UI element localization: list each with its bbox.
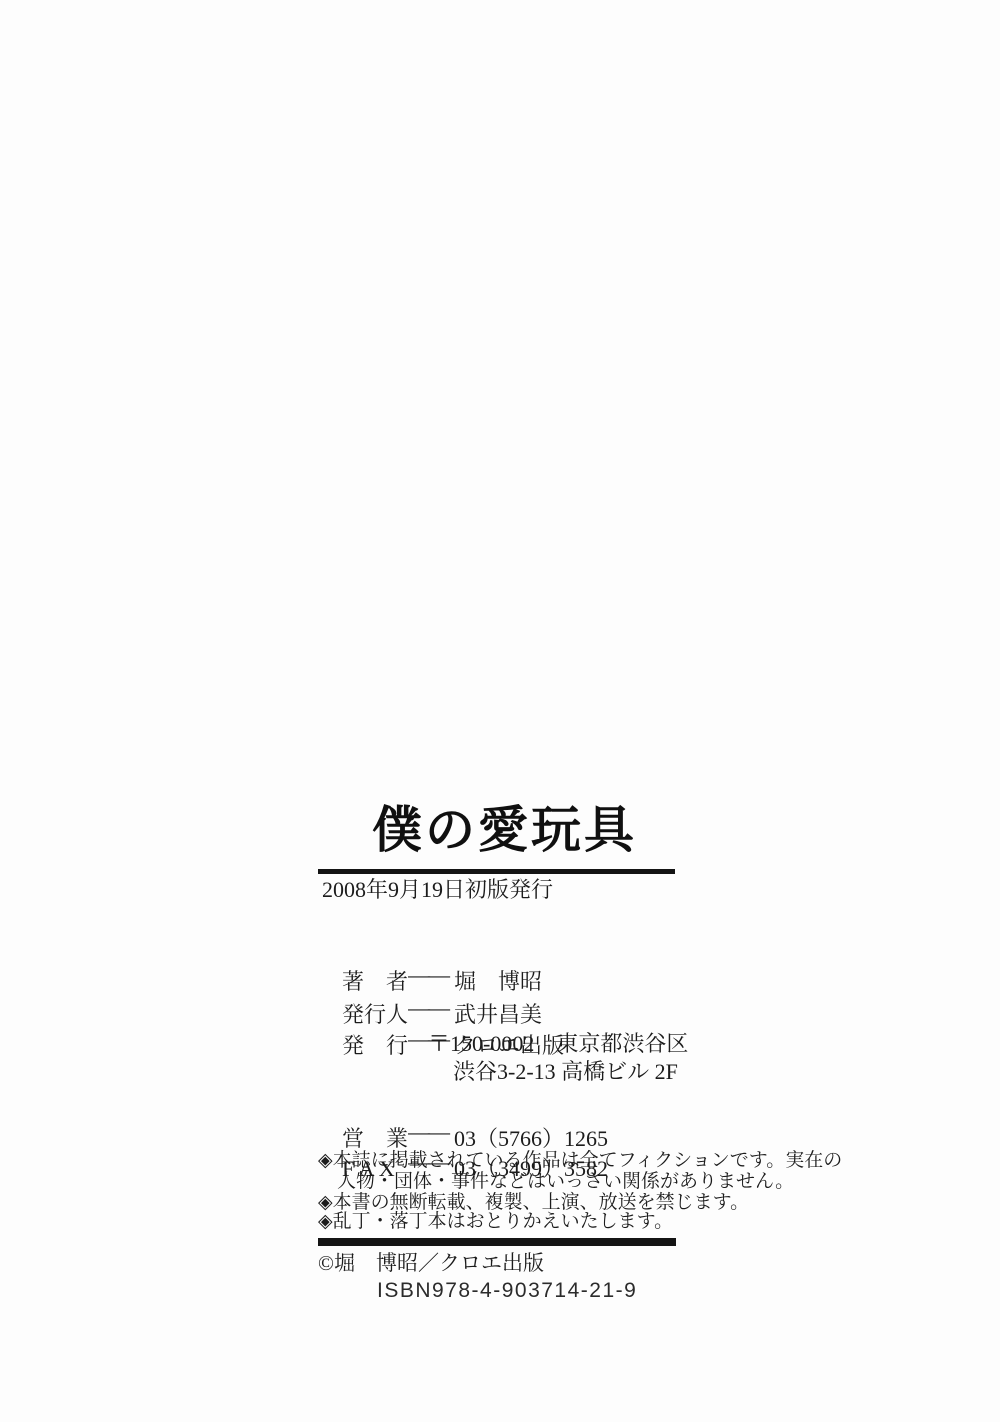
edition-date: 2008年9月19日初版発行 xyxy=(322,876,553,904)
colophon-page: 僕の愛玩具 2008年9月19日初版発行 著 者——堀 博昭 発行人——武井昌美… xyxy=(0,0,1000,1422)
notice-fiction-line1: ◈本誌に掲載されている作品は全てフィクションです。実在の xyxy=(318,1150,842,1172)
copyright-line: ©堀 博昭／クロエ出版 xyxy=(318,1250,544,1276)
book-title: 僕の愛玩具 xyxy=(372,803,637,857)
credit-label: 発 行 xyxy=(342,1032,408,1060)
isbn-number: ISBN978-4-903714-21-9 xyxy=(377,1279,637,1303)
title-underline-rule xyxy=(318,869,675,874)
notice-defective-copies: ◈乱丁・落丁本はおとりかえいたします。 xyxy=(318,1211,673,1233)
notice-fiction-line2: 人物・団体・事件などはいっさい関係がありません。 xyxy=(337,1171,794,1193)
bottom-separator-rule xyxy=(318,1238,676,1246)
publisher-address-line1: 〒150-0002 東京都渋谷区 xyxy=(428,1030,688,1058)
publisher-address-line2: 渋谷3-2-13 高橋ビル 2F xyxy=(453,1058,678,1086)
